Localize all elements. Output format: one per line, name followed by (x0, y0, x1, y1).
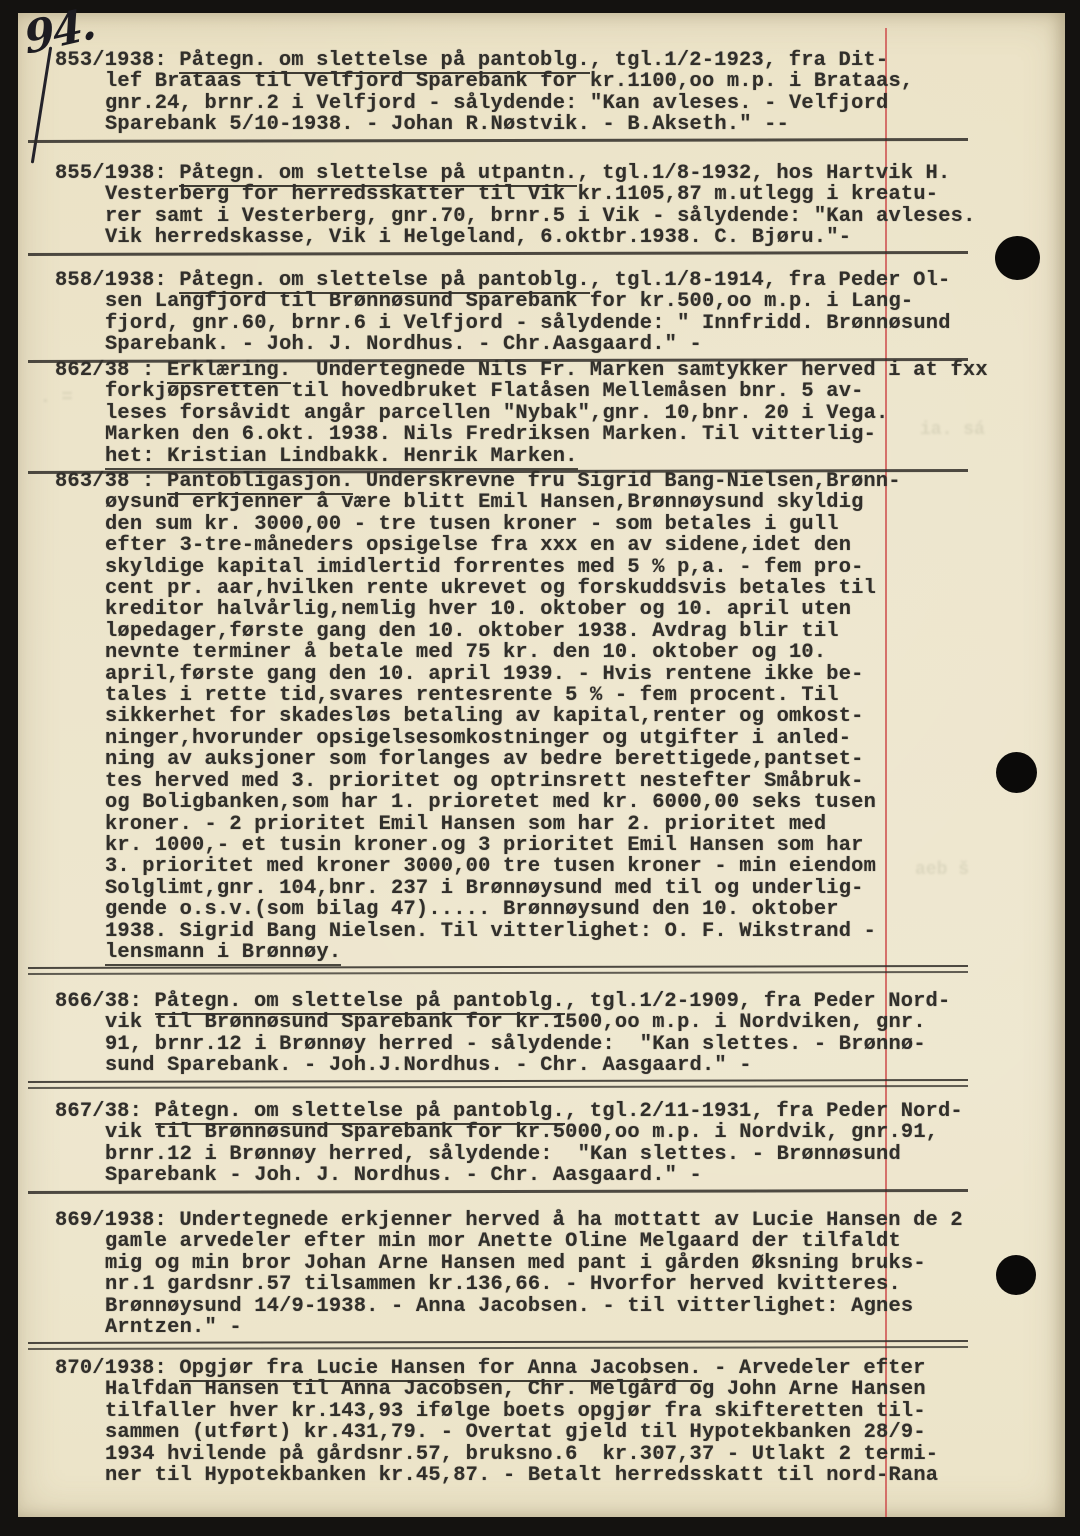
entry-line: kreditor halvårlig,nemlig hver 10. oktob… (55, 599, 985, 620)
entry-line: ning av auksjoner som forlanges av bedre… (55, 749, 985, 770)
entry-line: Brønnøysund 14/9-1938. - Anna Jacobsen. … (55, 1296, 985, 1317)
entry-line: 1938. Sigrid Bang Nielsen. Til vitterlig… (55, 921, 985, 942)
entry-line: 867/38: Påtegn. om slettelse på pantoblg… (55, 1101, 985, 1122)
entry-line: kr. 1000,- et tusin kroner.og 3 priorite… (55, 835, 985, 856)
entry-line: het: Kristian Lindbakk. Henrik Marken. (55, 446, 985, 467)
entry-line: leses forsåvidt angår parcellen "Nybak",… (55, 403, 985, 424)
entry-separator (28, 1340, 968, 1350)
entry-line: kroner. - 2 prioritet Emil Hansen som ha… (55, 814, 985, 835)
entry-separator (28, 1079, 968, 1089)
entry-line: Vesterberg for herredsskatter til Vik kr… (55, 184, 985, 205)
entry-line: lensmann i Brønnøy. (55, 942, 985, 963)
punch-hole (995, 236, 1040, 280)
entry-line: gamle arvedeler efter min mor Anette Oli… (55, 1231, 985, 1252)
entry-line: sammen (utført) kr.431,79. - Overtat gje… (55, 1422, 985, 1443)
entry-line: 855/1938: Påtegn. om slettelse på utpant… (55, 163, 985, 184)
entry-number: 858/1938: (55, 269, 167, 292)
entry-line: Vik herredskasse, Vik i Helgeland, 6.okt… (55, 227, 985, 248)
bleedthrough-ghost: ia. sá (920, 420, 985, 440)
entry-line: skyldige kapital imidlertid forrentes me… (55, 557, 985, 578)
entry-line: 862/38 : Erklæring. Undertegnede Nils Fr… (55, 360, 985, 381)
entry-number: 867/38: (55, 1100, 142, 1123)
entry-line: 870/1938: Opgjør fra Lucie Hansen for An… (55, 1358, 985, 1379)
underlined-text: het: Kristian Lindbakk. Henrik Marken. (105, 445, 578, 470)
entry-line: lef Brataas til Velfjord Sparebank for k… (55, 71, 985, 92)
entry-line: 869/1938: Undertegnede erkjenner herved … (55, 1210, 985, 1231)
entry-line: 858/1938: Påtegn. om slettelse på pantob… (55, 270, 985, 291)
register-entry: 867/38: Påtegn. om slettelse på pantoblg… (55, 1101, 985, 1193)
register-entry: 863/38 : Pantobligasjon. Underskrevne fr… (55, 471, 985, 974)
entry-line: fjord, gnr.60, brnr.6 i Velfjord - sålyd… (55, 313, 985, 334)
entry-number: 870/1938: (55, 1357, 167, 1380)
entry-line: 866/38: Påtegn. om slettelse på pantoblg… (55, 991, 985, 1012)
register-entry: 855/1938: Påtegn. om slettelse på utpant… (55, 163, 985, 255)
entry-line: sen Langfjord til Brønnøsund Sparebank f… (55, 291, 985, 312)
entry-line: 91, brnr.12 i Brønnøy herred - sålydende… (55, 1034, 985, 1055)
entry-number: 869/1938: (55, 1209, 167, 1232)
entry-line: 1934 hvilende på gårdsnr.57, bruksno.6 k… (55, 1444, 985, 1465)
scanned-register-page: 94. 853/1938: Påtegn. om slettelse på pa… (0, 0, 1080, 1536)
entry-line: sikkerhet for skadesløs betaling av kapi… (55, 706, 985, 727)
entry-line: brnr.12 i Brønnøy herred, sålydende: "Ka… (55, 1144, 985, 1165)
entry-line: mig og min bror Johan Arne Hansen med pa… (55, 1253, 985, 1274)
entry-line: ner til Hypotekbanken kr.45,87. - Betalt… (55, 1465, 985, 1486)
entry-line: løpedager,første gang den 10. oktober 19… (55, 621, 985, 642)
entry-line: Sparebank. - Joh. J. Nordhus. - Chr.Aasg… (55, 334, 985, 355)
entry-line: ninger,hvorunder opsigelsesomkostninger … (55, 728, 985, 749)
entry-line: gnr.24, brnr.2 i Velfjord - sålydende: "… (55, 93, 985, 114)
underlined-text: lensmann i Brønnøy. (105, 941, 341, 966)
entry-line: tes herved med 3. prioritet og optrinsre… (55, 771, 985, 792)
entry-line: den sum kr. 3000,00 - tre tusen kroner -… (55, 514, 985, 535)
entry-line: og Boligbanken,som har 1. prioretet med … (55, 792, 985, 813)
entry-separator (28, 965, 968, 975)
entry-line: april,første gang den 10. april 1939. - … (55, 664, 985, 685)
entry-line: Solglimt,gnr. 104,bnr. 237 i Brønnøysund… (55, 878, 985, 899)
entry-line: 853/1938: Påtegn. om slettelse på pantob… (55, 50, 985, 71)
entry-line: nr.1 gardsnr.57 tilsammen kr.136,66. - H… (55, 1274, 985, 1295)
entry-line: rer samt i Vesterberg, gnr.70, brnr.5 i … (55, 206, 985, 227)
entry-line: 3. prioritet med kroner 3000,00 tre tuse… (55, 856, 985, 877)
entry-line: tales i rette tid,svares rentesrente 5 %… (55, 685, 985, 706)
entry-number: 862/38 : (55, 359, 155, 382)
entry-line: efter 3-tre-måneders opsigelse fra xxx e… (55, 535, 985, 556)
bleedthrough-ghost: aeb š (915, 860, 969, 880)
punch-hole (996, 752, 1037, 793)
register-entry: 869/1938: Undertegnede erkjenner herved … (55, 1210, 985, 1349)
entry-line: sund Sparebank. - Joh.J.Nordhus. - Chr. … (55, 1055, 985, 1076)
bleedthrough-ghost: . = (40, 388, 72, 408)
entry-number: 866/38: (55, 990, 142, 1013)
entry-line: gende o.s.v.(som bilag 47)..... Brønnøys… (55, 899, 985, 920)
entry-line: forkjøpsretten til hovedbruket Flatåsen … (55, 381, 985, 402)
entry-line: Sparebank 5/10-1938. - Johan R.Nøstvik. … (55, 114, 985, 135)
register-entry: 866/38: Påtegn. om slettelse på pantoblg… (55, 991, 985, 1088)
register-entry: 870/1938: Opgjør fra Lucie Hansen for An… (55, 1358, 985, 1486)
entry-line: Arntzen." - (55, 1317, 985, 1338)
register-entry: 853/1938: Påtegn. om slettelse på pantob… (55, 50, 985, 142)
entry-number: 853/1938: (55, 49, 167, 72)
entry-line: Marken den 6.okt. 1938. Nils Fredriksen … (55, 424, 985, 445)
entry-line: øysund erkjenner å være blitt Emil Hanse… (55, 492, 985, 513)
entry-number: 863/38 : (55, 470, 155, 493)
entry-line: vik til Brønnøsund Sparebank for kr.1500… (55, 1012, 985, 1033)
entry-line: Sparebank - Joh. J. Nordhus. - Chr. Aasg… (55, 1165, 985, 1186)
register-entry: 862/38 : Erklæring. Undertegnede Nils Fr… (55, 360, 985, 473)
entry-line: tilfaller hver kr.143,93 ifølge boets op… (55, 1401, 985, 1422)
entry-line: Halfdan Hansen til Anna Jacobsen, Chr. M… (55, 1379, 985, 1400)
entry-line: 863/38 : Pantobligasjon. Underskrevne fr… (55, 471, 985, 492)
entry-number: 855/1938: (55, 162, 167, 185)
entry-line: vik til Brønnøsund Sparebank for kr.5000… (55, 1122, 985, 1143)
punch-hole (996, 1255, 1036, 1295)
entry-line: cent pr. aar,hvilken rente ukrevet og fo… (55, 578, 985, 599)
entry-line: nevnte terminer å betale med 75 kr. den … (55, 642, 985, 663)
register-entry: 858/1938: Påtegn. om slettelse på pantob… (55, 270, 985, 362)
